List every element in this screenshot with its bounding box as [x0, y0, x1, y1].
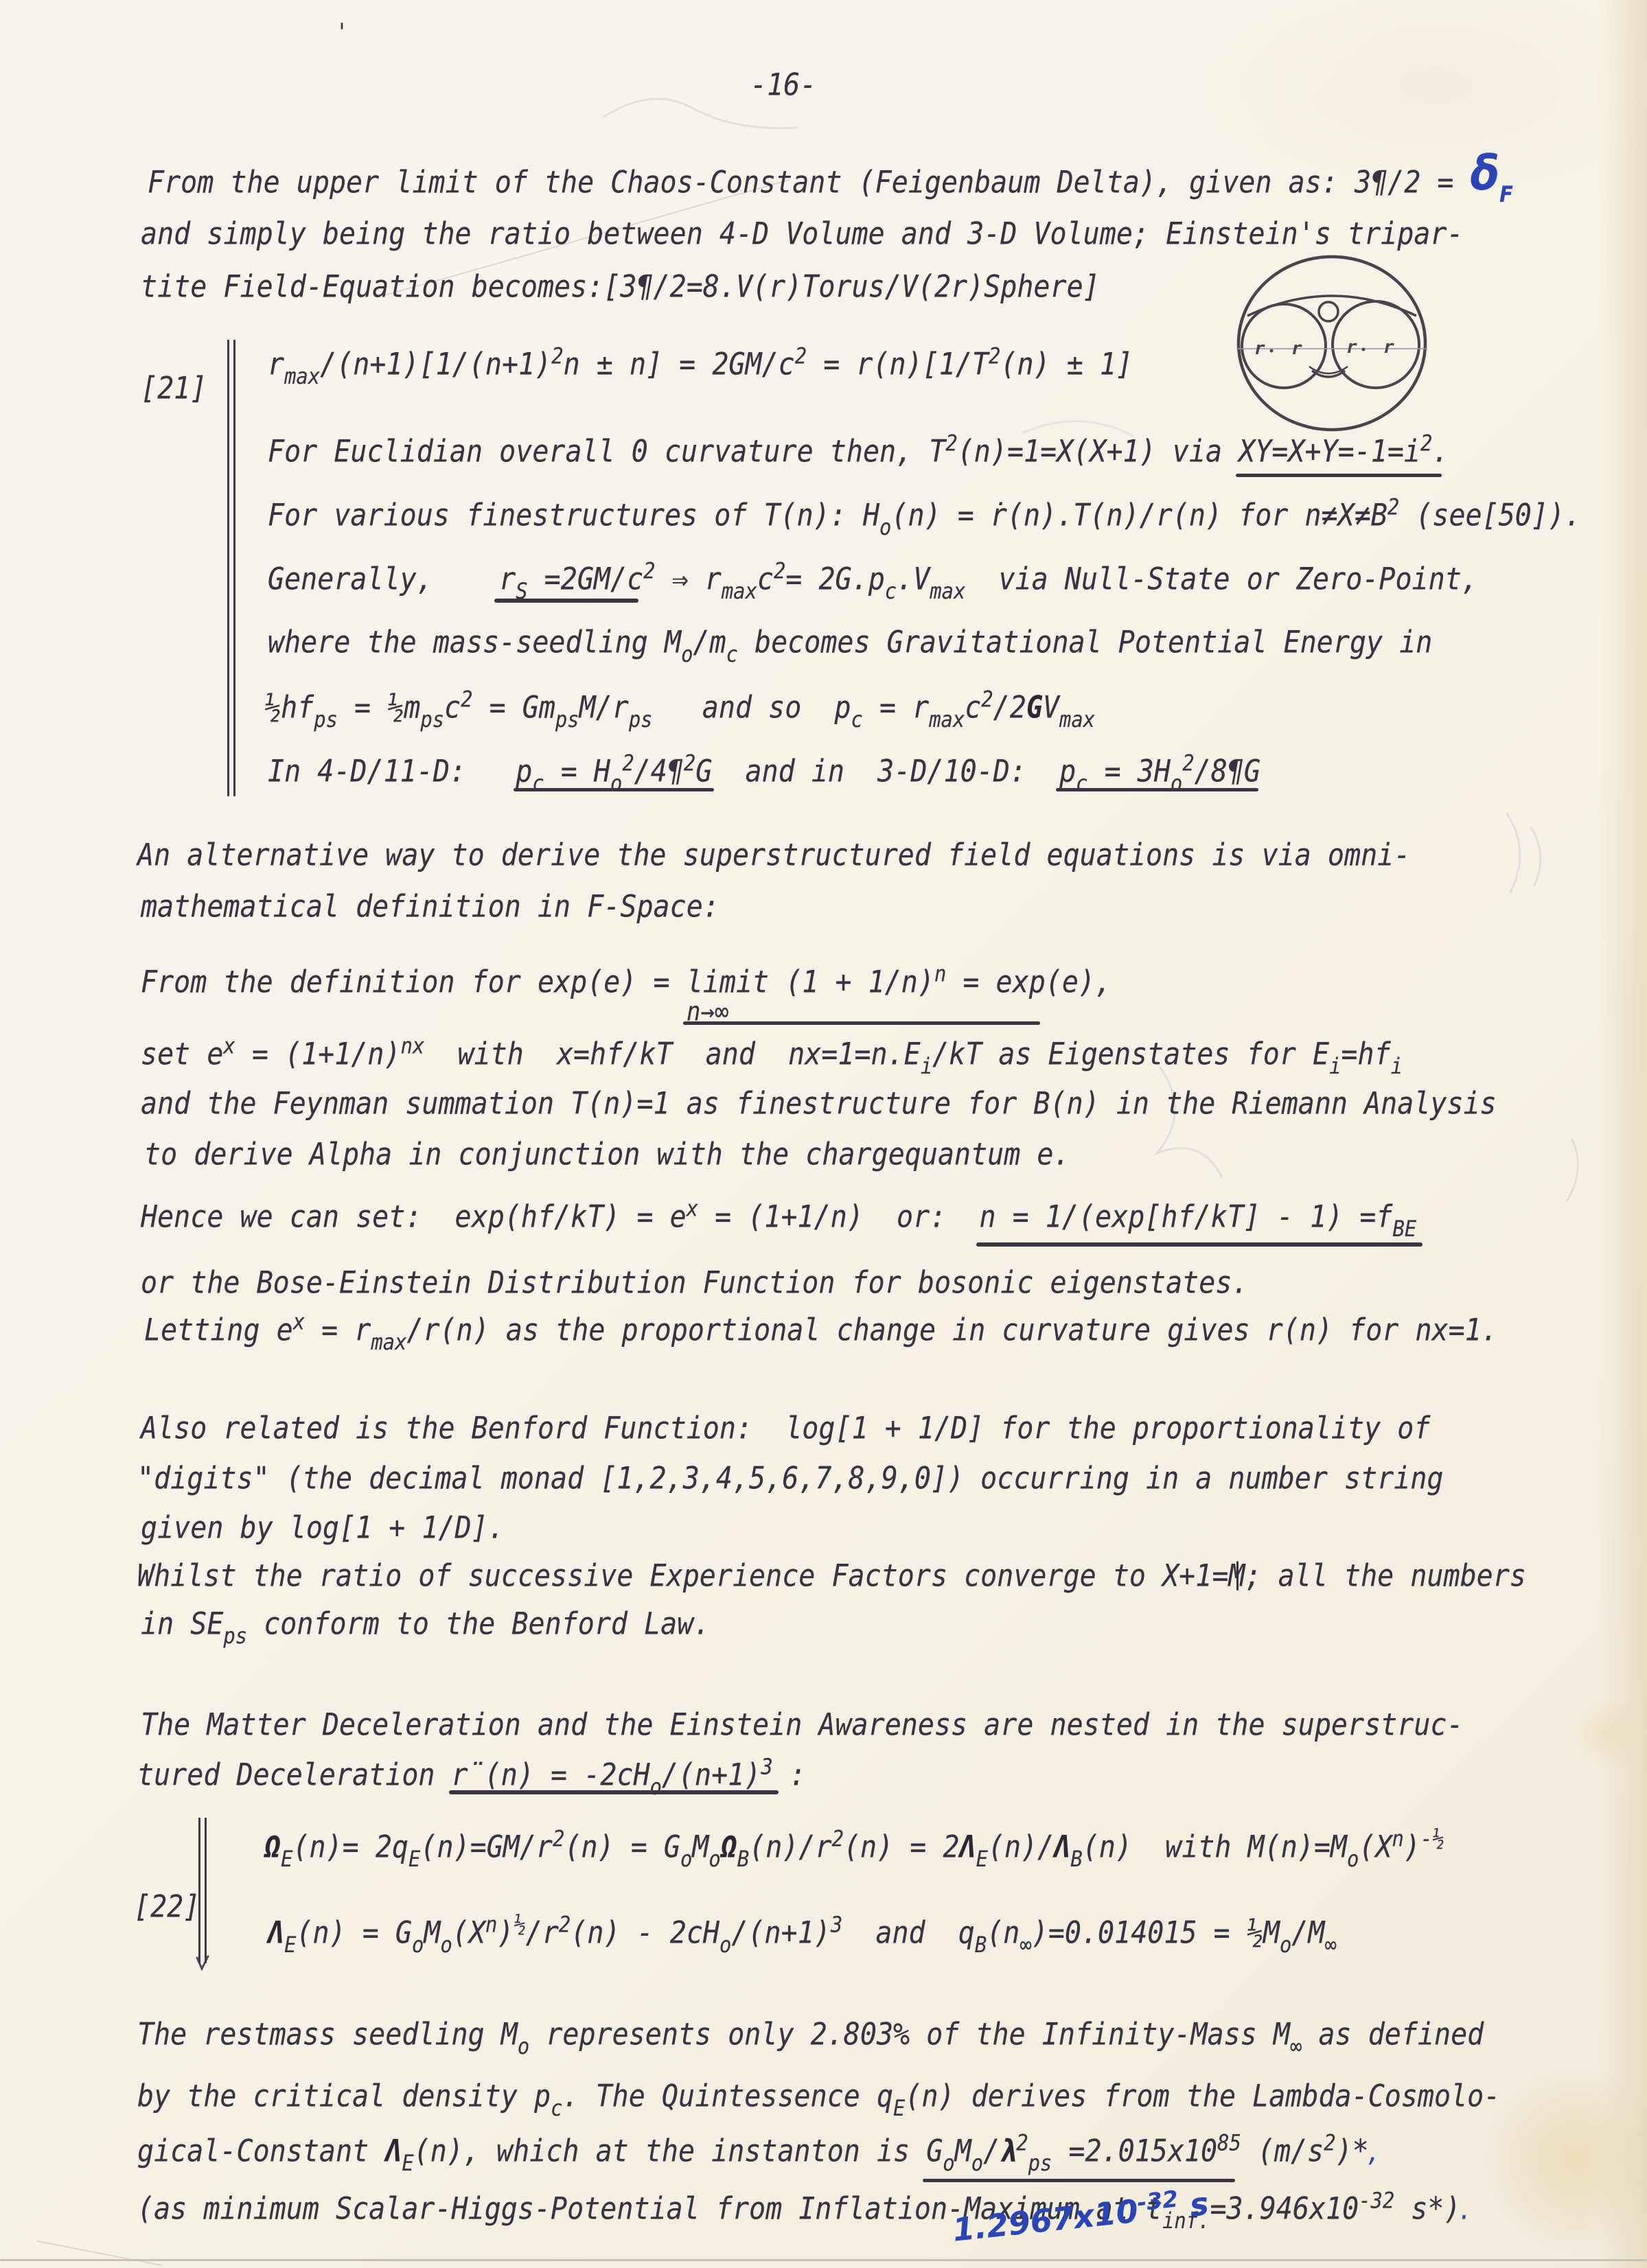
text-run: and so p — [653, 690, 851, 726]
text-run: An alternative way to derive the superst… — [137, 837, 1410, 873]
text-run: δ — [1471, 145, 1500, 201]
text-run: (n) = G — [564, 1829, 680, 1865]
text-run: (n) with M(n)=M — [1083, 1829, 1347, 1865]
underline-rule — [1236, 474, 1442, 477]
text-run: = 2G.p — [785, 562, 885, 597]
underline-rule — [514, 788, 714, 791]
text-run: represents only 2.803% of the Infinity-M… — [529, 2017, 1290, 2052]
equation-bracket — [198, 1818, 207, 1963]
text-run: ps — [629, 706, 653, 732]
manuscript-page: r r r r -16-'From the upper limit of the… — [0, 0, 1647, 2268]
text-run: Λ — [268, 1915, 284, 1951]
text-run: n ± n] = 2GM/c — [564, 347, 795, 382]
text-run: 2 — [559, 1912, 571, 1938]
text-run: Generally, r — [268, 562, 516, 597]
text-line: Hence we can set: exp(hf/kT) = ex = (1+1… — [141, 1199, 1416, 1235]
text-run: 2 — [643, 558, 655, 584]
text-run: becomes Gravitational Potential Energy i… — [738, 625, 1432, 660]
text-run: o — [971, 2150, 983, 2176]
equation-line: ½hfps = ½mpsc2 = GmpsM/rps and so pc = r… — [264, 690, 1095, 726]
text-run: -32 — [1359, 2188, 1394, 2214]
text-run: 2 — [981, 686, 993, 713]
left-torus-circle — [1242, 304, 1326, 388]
text-run: c — [444, 690, 461, 726]
text-run: . — [1461, 2191, 1470, 2227]
text-run: and q — [842, 1915, 975, 1951]
text-run: From the upper limit of the Chaos-Consta… — [148, 165, 1471, 200]
pencil-mark — [1567, 1139, 1578, 1201]
text-run: ) — [1404, 1829, 1420, 1865]
text-run: E — [402, 2150, 413, 2176]
text-run: (n)=1=X(X+1) via XY=X+Y=-1=i — [958, 434, 1420, 470]
text-line: mathematical definition in F-Space: — [141, 889, 719, 925]
text-line: and simply being the ratio between 4-D V… — [141, 216, 1464, 252]
text-run: nx — [401, 1033, 425, 1059]
text-line: From the upper limit of the Chaos-Consta… — [148, 165, 1513, 200]
text-run: =2.015x10 — [1052, 2133, 1217, 2169]
stray-mark: ' — [336, 19, 348, 46]
text-run: 2 — [461, 686, 472, 713]
center-junction-circle — [1319, 302, 1338, 321]
text-run: o — [879, 514, 891, 540]
text-run: E — [281, 1846, 292, 1872]
text-run: given by log[1 + 1/D]. — [141, 1510, 505, 1546]
page-number: -16- — [750, 67, 816, 103]
radius-label: r — [1291, 338, 1302, 359]
text-run: 2 — [1324, 2130, 1335, 2156]
equation-ref-22: [22] — [134, 1889, 200, 1925]
pencil-mark — [604, 99, 796, 128]
text-run: max — [1059, 706, 1095, 732]
text-run: ' — [336, 19, 348, 46]
text-run: (m/s — [1241, 2133, 1324, 2169]
text-run: n — [1392, 1826, 1404, 1852]
text-run: 2 — [684, 750, 695, 776]
torus-sphere-sketch: r r r r — [1232, 253, 1431, 432]
text-run: /r — [526, 1915, 559, 1951]
text-run: 85 — [1217, 2130, 1241, 2156]
text-line: An alternative way to derive the superst… — [137, 837, 1410, 873]
equation-line: In 4-D/11-D: pc = Ho2/4¶2G and in 3-D/10… — [268, 754, 1260, 789]
text-run: M — [424, 1915, 440, 1951]
text-run: =3.946x10 — [1210, 2191, 1359, 2227]
text-line: The Matter Deceleration and the Einstein… — [141, 1707, 1464, 1743]
text-run: o — [412, 1932, 424, 1958]
text-run: 2 — [622, 750, 634, 776]
outer-sphere-circle — [1239, 257, 1425, 430]
text-run: Ω — [721, 1829, 737, 1865]
text-run: conform to the Benford Law. — [247, 1606, 710, 1642]
text-run: -½ — [1420, 1826, 1444, 1852]
text-line: gical-Constant ΛE(n), which at the insta… — [137, 2133, 1377, 2169]
text-line: tite Field-Equation becomes:[3¶/2=8.V(r)… — [141, 269, 1100, 305]
text-line: Also related is the Benford Function: lo… — [141, 1411, 1430, 1446]
text-run: = r — [305, 1312, 371, 1348]
text-run: 2 — [832, 1826, 844, 1852]
equation-line: ΩE(n)= 2qE(n)=GM/r2(n) = GoMoΩB(n)/r2(n)… — [264, 1829, 1444, 1865]
text-line: and the Feynman summation T(n)=1 as fine… — [141, 1086, 1497, 1122]
text-run: (n)/r — [749, 1829, 831, 1865]
text-run: 3 — [831, 1912, 842, 1938]
pencil-mark — [38, 2241, 161, 2265]
text-run: = r — [863, 690, 929, 726]
text-run: o — [518, 2033, 529, 2059]
text-run: BE — [1393, 1216, 1417, 1242]
text-run: ps — [555, 706, 579, 732]
text-run: E — [976, 1846, 988, 1872]
text-run: /(n+1) — [731, 1915, 831, 1951]
text-run: = exp(e), — [946, 964, 1112, 1000]
radius-label: r — [1383, 337, 1394, 358]
text-run: tite Field-Equation becomes:[3¶/2=8.V(r)… — [141, 269, 1100, 305]
text-line: "digits" (the decimal monad [1,2,3,4,5,6… — [137, 1461, 1443, 1496]
text-line: set ex = (1+1/n)nx with x=hf/kT and nx=1… — [141, 1037, 1403, 1072]
text-run: n — [485, 1912, 497, 1938]
text-run: ∞ — [1020, 1932, 1031, 1958]
text-run: or the Bose-Einstein Distribution Functi… — [141, 1265, 1249, 1301]
text-run: /2 — [993, 690, 1026, 726]
text-run: /(n+1)[1/(n+1) — [320, 347, 551, 382]
text-run: -16- — [750, 67, 816, 103]
text-run: max — [929, 706, 965, 732]
text-run: In 4-D/11-D: p — [268, 754, 532, 789]
text-run: . The Quintessence q — [562, 2079, 893, 2114]
text-run: as defined — [1302, 2017, 1484, 2052]
text-run: 2 — [795, 343, 807, 369]
text-run: max — [371, 1329, 406, 1355]
equation-ref-21: [21] — [141, 371, 207, 406]
text-run: (n) - 2cH — [571, 1915, 719, 1951]
text-run: ∞ — [1290, 2033, 1302, 2059]
text-line: The restmass seedling Mo represents only… — [137, 2017, 1484, 2052]
equation-line: ΛE(n) = GoMo(Xn)½/r2(n) - 2cHo/(n+1)3 an… — [268, 1915, 1337, 1951]
underline-rule — [683, 1021, 1040, 1025]
text-run: λ — [1000, 2133, 1016, 2169]
text-run: Letting e — [144, 1312, 293, 1348]
text-run: = (1+1/n) or: n = 1/(exp[hf/kT] - 1) =f — [698, 1199, 1392, 1235]
text-run: ∞ — [1324, 1932, 1336, 1958]
text-run: For various finestructures of T(n): H — [268, 498, 879, 533]
text-run: x — [223, 1033, 235, 1059]
text-run: (n) = G — [296, 1915, 412, 1951]
text-run: [21] — [141, 371, 207, 406]
text-run: o — [1280, 1932, 1291, 1958]
text-run: o — [709, 1846, 720, 1872]
text-run: Ω — [264, 1829, 281, 1865]
right-torus-circle — [1333, 301, 1419, 388]
text-run: 2 — [1016, 2130, 1028, 2156]
text-run: set e — [141, 1037, 223, 1072]
text-run: and simply being the ratio between 4-D V… — [141, 216, 1464, 252]
text-run: Λ — [385, 2133, 402, 2169]
text-run: ps — [1028, 2150, 1052, 2176]
text-run: 2 — [1182, 750, 1194, 776]
underline-rule — [0, 2259, 1647, 2261]
underline-rule — [976, 1242, 1423, 1247]
text-run: c — [726, 641, 738, 667]
underline-rule — [1056, 788, 1258, 791]
text-run: mathematical definition in F-Space: — [141, 889, 719, 925]
text-run: 2 — [989, 343, 1000, 369]
text-run: 2 — [1420, 430, 1432, 456]
text-run: o — [610, 770, 622, 796]
text-run: (n) = ṙ(n).T(n)/r(n) for n≠X≠B — [891, 498, 1387, 533]
text-run: G — [1026, 690, 1043, 726]
text-run: The restmass seedling M — [137, 2017, 518, 2052]
text-run: c — [851, 706, 863, 732]
bottom-junction-arc — [1312, 371, 1345, 377]
text-run: s*) — [1394, 2191, 1460, 2227]
text-run: (n)=GM/r — [420, 1829, 553, 1865]
equation-line: rmax/(n+1)[1/(n+1)2n ± n] = 2GM/c2 = r(n… — [268, 347, 1133, 382]
text-run: (X — [452, 1915, 485, 1951]
text-run: )=0.014015 = ½M — [1032, 1915, 1280, 1951]
text-run: o — [650, 1774, 662, 1800]
text-run: /M — [1291, 1915, 1324, 1951]
paper-stain — [1569, 1696, 1644, 1771]
text-run: /m — [693, 625, 726, 660]
text-run: o — [680, 1846, 692, 1872]
text-run: Λ — [1054, 1829, 1070, 1865]
text-run: -32 — [1136, 2186, 1179, 2217]
text-line: or the Bose-Einstein Distribution Functi… — [141, 1265, 1249, 1301]
text-run: x — [687, 1196, 698, 1222]
text-run: M — [1228, 1558, 1245, 1594]
text-run: x — [293, 1309, 305, 1335]
text-run: M — [692, 1829, 709, 1865]
text-run: G and in 3-D/10-D: p — [695, 754, 1076, 789]
underline-rule — [494, 599, 638, 603]
text-run: =hf — [1341, 1037, 1390, 1072]
equation-line: For various finestructures of T(n): Ho(n… — [268, 498, 1581, 533]
text-run: 2 — [774, 558, 785, 584]
text-run: (X — [1359, 1829, 1392, 1865]
text-run: = ½m — [338, 690, 420, 726]
text-run: The Matter Deceleration and the Einstein… — [141, 1707, 1464, 1743]
text-run: (n), which at the instanton is G — [414, 2133, 943, 2169]
text-run: o — [440, 1932, 452, 1958]
text-run: /r(n) as the proportional change in curv… — [406, 1312, 1497, 1348]
text-run: /(n+1) — [662, 1757, 761, 1793]
text-run: o — [681, 641, 693, 667]
text-run: (n — [987, 1915, 1020, 1951]
text-run: (n) = 2 — [844, 1829, 960, 1865]
text-run: .V — [897, 562, 930, 597]
text-run: i — [1391, 1053, 1403, 1079]
text-run: M — [955, 2133, 971, 2169]
text-line: to derive Alpha in conjunction with the … — [144, 1137, 1070, 1172]
text-run: 2 — [945, 430, 957, 456]
text-run: / — [983, 2133, 1000, 2169]
text-line: Letting ex = rmax/r(n) as the proportion… — [144, 1312, 1498, 1348]
center-dot — [1270, 349, 1274, 353]
bottom-junction-arc — [1309, 367, 1348, 373]
text-line: From the definition for exp(e) = limit (… — [141, 964, 1112, 1000]
text-run: = H — [544, 754, 610, 789]
text-run: V — [1043, 690, 1059, 726]
text-run: o — [943, 2150, 954, 2176]
text-run: /8¶G — [1195, 754, 1260, 789]
pencil-mark — [1507, 813, 1541, 892]
text-run: (n)/ — [988, 1829, 1054, 1865]
text-run: ) — [497, 1915, 514, 1951]
paper-stain — [1483, 2066, 1647, 2252]
text-run: i — [1329, 1053, 1341, 1079]
text-run: o — [719, 1932, 731, 1958]
radius-label: r — [1346, 337, 1357, 358]
text-run: 2 — [551, 343, 563, 369]
text-run: c — [965, 690, 981, 726]
text-run: ⇒ r — [656, 562, 722, 597]
equation-bracket — [227, 340, 235, 796]
text-run: , — [1369, 2133, 1378, 2169]
text-run: E — [408, 1846, 420, 1872]
equation-line: where the mass-seedling Mo/mc becomes Gr… — [268, 625, 1432, 660]
text-run: tured Deceleration r̈(n) = -2cH — [137, 1757, 650, 1793]
text-run: Λ — [960, 1829, 976, 1865]
text-run: (n)= 2q — [292, 1829, 408, 1865]
text-run: c — [1076, 770, 1087, 796]
text-line: by the critical density pc. The Quintess… — [137, 2079, 1500, 2114]
text-run: to derive Alpha in conjunction with the … — [144, 1137, 1070, 1172]
text-run: 3 — [761, 1754, 772, 1780]
text-run: (n) ± 1] — [1000, 347, 1133, 382]
text-run: ps — [223, 1623, 247, 1649]
text-run: max — [284, 363, 320, 389]
text-run: = r(n)[1/T — [807, 347, 989, 382]
text-run: M/r — [579, 690, 629, 726]
text-run: c — [532, 770, 544, 796]
text-run: c — [757, 562, 774, 597]
equation-line: Generally, rS =2GM/c2 ⇒ rmaxc2= 2G.pc.Vm… — [268, 562, 1478, 597]
text-run: Also related is the Benford Function: lo… — [141, 1411, 1430, 1446]
text-run: i — [921, 1053, 932, 1079]
text-run: and the Feynman summation T(n)=1 as fine… — [141, 1086, 1497, 1122]
text-run: /4¶ — [634, 754, 684, 789]
text-run: = 3H — [1088, 754, 1171, 789]
text-run: r — [268, 347, 284, 382]
text-run: gical-Constant — [137, 2133, 385, 2169]
text-run: B — [1070, 1846, 1082, 1872]
text-run: max — [930, 578, 965, 604]
text-run: o — [1347, 1846, 1359, 1872]
text-run: (see[50]). — [1399, 498, 1581, 533]
text-run: c — [551, 2095, 562, 2121]
scan-edge-shading — [1599, 0, 1647, 2268]
text-line: (as minimum Scalar-Higgs-Potential from … — [137, 2191, 1469, 2227]
text-run: B — [975, 1932, 987, 1958]
text-run: E — [284, 1932, 296, 1958]
text-run: =2GM/c — [528, 562, 644, 597]
text-run: Hence we can set: exp(hf/kT) = e — [141, 1199, 687, 1235]
underline-rule — [923, 2179, 1235, 2182]
text-run: s — [1177, 2185, 1210, 2225]
text-run: B — [737, 1846, 749, 1872]
radius-label: r — [1254, 338, 1265, 359]
text-run: ps — [314, 706, 338, 732]
text-run: where the mass-seedling M — [268, 625, 681, 660]
text-run: ; all the numbers — [1245, 1558, 1526, 1594]
underline-rule — [449, 1790, 779, 1794]
text-line: tured Deceleration r̈(n) = -2cHo/(n+1)3 … — [137, 1757, 806, 1793]
text-run: o — [1171, 770, 1182, 796]
text-run: : — [773, 1757, 806, 1793]
text-run: ½ — [514, 1912, 525, 1938]
top-band-arc — [1247, 296, 1416, 316]
text-run: . — [1432, 434, 1449, 470]
equation-line: For Euclidian overall 0 curvature then, … — [268, 434, 1449, 470]
text-line: in SEps conform to the Benford Law. — [141, 1606, 710, 1642]
text-run: (n) derives from the Lambda-Cosmolo- — [905, 2079, 1500, 2114]
pencil-mark — [1157, 1067, 1222, 1177]
text-run: 2 — [1387, 494, 1399, 520]
text-run: ½hf — [264, 690, 314, 726]
text-run: via Null-State or Zero-Point, — [965, 562, 1478, 597]
text-run: c — [885, 578, 897, 604]
text-run: n — [934, 961, 946, 987]
text-run: )* — [1336, 2133, 1369, 2169]
text-run: From the definition for exp(e) = limit (… — [141, 964, 934, 1000]
center-dot — [1362, 348, 1366, 351]
text-run: "digits" (the decimal monad [1,2,3,4,5,6… — [137, 1461, 1443, 1496]
text-run: [22] — [134, 1889, 200, 1925]
text-run: For Euclidian overall 0 curvature then, … — [268, 434, 945, 470]
text-run: E — [893, 2095, 905, 2121]
text-run: with x=hf/kT and nx=1=n.E — [424, 1037, 920, 1072]
text-line: Whilst the ratio of successive Experienc… — [137, 1558, 1526, 1594]
text-run: F — [1499, 181, 1513, 207]
text-run: in SE — [141, 1606, 223, 1642]
text-run: max — [722, 578, 757, 604]
text-run: /kT as Eigenstates for E — [932, 1037, 1329, 1072]
text-run: 2 — [553, 1826, 564, 1852]
text-run: ps — [420, 706, 444, 732]
text-run: = (1+1/n) — [235, 1037, 401, 1072]
text-run: Whilst the ratio of successive Experienc… — [137, 1558, 1228, 1594]
text-line: given by log[1 + 1/D]. — [141, 1510, 505, 1546]
text-run: = Gm — [472, 690, 555, 726]
text-run: by the critical density p — [137, 2079, 551, 2114]
